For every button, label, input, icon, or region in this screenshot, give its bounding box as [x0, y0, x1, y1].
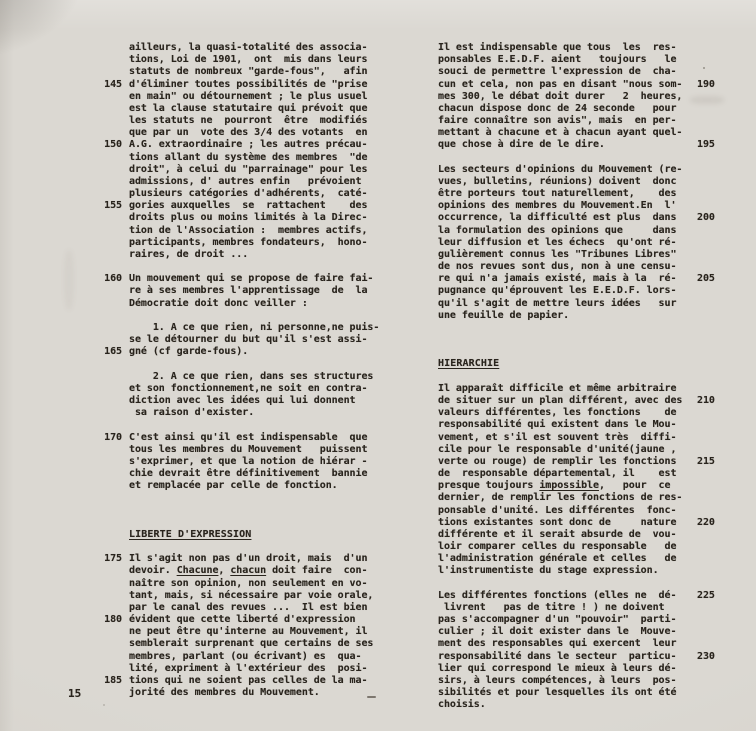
line-text: pugnance qu'éprouvent les E.E.D.F. lors- [438, 285, 676, 296]
line-text: mes 300, le débat doit durer 2 heures, [438, 91, 682, 102]
text-line: 230responsabilité dans le secteur partic… [438, 651, 740, 663]
text-line: ailleurs, la quasi-totalité des associa- [96, 42, 398, 54]
text-line: 165gné (cf garde-fous). [96, 346, 398, 358]
line-text: diction avec les idées qui lui donnent [129, 395, 356, 406]
text-line: 1. A ce que rien, ni personne,ne puis- [96, 322, 398, 334]
line-text: opinions des membres du Mouvement.En l' [438, 200, 676, 211]
line-text: différente et il serait absurde de vou- [438, 529, 676, 540]
text-line [96, 505, 398, 517]
line-text: plusieurs catégories d'adhérents, caté- [129, 188, 367, 199]
text-line: être porteurs tout naturellement, des [438, 188, 740, 200]
text-line [438, 322, 740, 334]
line-text: occurrence, la difficulté est plus dans [438, 212, 676, 223]
text-line: se le détourner du but qu'il s'est assi- [96, 334, 398, 346]
line-text: chacun dispose donc de 24 seconde pour [438, 103, 676, 114]
text-line: responsabilité qui existent dans le Mou- [438, 419, 740, 431]
text-line: tions, Loi de 1901, ont mis dans leurs [96, 54, 398, 66]
line-text: LIBERTE D'EXPRESSION [129, 529, 251, 540]
text-line: par le canal des revues ... Il est bien [96, 602, 398, 614]
text-line: re à ses membres l'apprentissage de la [96, 285, 398, 297]
text-line: de nos revues sont dus, non à une censu- [438, 261, 740, 273]
line-text: et son fonctionnement,ne soit en contra- [129, 383, 367, 394]
text-line: culier ; il doit exister dans le Mouve- [438, 626, 740, 638]
line-text: C'est ainsi qu'il est indispensable que [129, 432, 367, 443]
line-text: s'exprimer, et que la notion de hiérar - [129, 456, 367, 467]
line-text: cile pour le responsable d'unité(jaune , [438, 444, 676, 455]
text-line: valeurs différentes, les fonctions de [438, 407, 740, 419]
margin-line-number: 225 [697, 590, 737, 602]
text-line: 205re qui n'a jamais existé, mais à la r… [438, 273, 740, 285]
text-line [438, 346, 740, 358]
line-text: A.G. extraordinaire ; les autres précau- [129, 139, 367, 150]
right-text-column: Il est indispensable que tous les res-po… [438, 42, 740, 711]
text-line: admissions, d' autres enfin prévoient [96, 176, 398, 188]
line-text: tion de l'Association : membres actifs, [129, 225, 367, 236]
line-text: sa raison d'exister. [129, 407, 254, 418]
text-line [96, 358, 398, 370]
text-line: 210de situer sur un plan différent, avec… [438, 395, 740, 407]
line-text: leur diffusion et les échecs qu'ont ré- [438, 237, 676, 248]
margin-line-number: 230 [697, 651, 737, 663]
text-line: raires, de droit ... [96, 249, 398, 261]
line-text: vement, et s'il est souvent très diffi- [438, 432, 676, 443]
underlined-word: impossible [539, 480, 599, 491]
margin-line-number: 210 [697, 395, 737, 407]
line-text: naître son opinion, non seulement en vo- [129, 578, 367, 589]
text-line: ponsable d'unité. Les différentes fonc- [438, 505, 740, 517]
line-text: culier ; il doit exister dans le Mouve- [438, 626, 676, 637]
text-line: 155gories auxquelles se rattachent des [96, 200, 398, 212]
line-text: souci de permettre l'expression de cha- [438, 66, 676, 77]
line-text: ponsable d'unité. Les différentes fonc- [438, 505, 676, 516]
margin-line-number: 170 [96, 432, 122, 444]
line-text: valeurs différentes, les fonctions de [438, 407, 676, 418]
line-text: Il est indispensable que tous les res- [438, 42, 676, 53]
text-line: lité, expriment à l'extérieur des posi- [96, 663, 398, 675]
text-line: sibilités et pour lesquelles ils ont été [438, 687, 740, 699]
line-text: d'éliminer toutes possibilités de "prise [129, 79, 367, 90]
line-text: lité, expriment à l'extérieur des posi- [129, 663, 367, 674]
line-text: admissions, d' autres enfin prévoient [129, 176, 361, 187]
line-text: mettant à chacune et à chacun ayant quel… [438, 127, 682, 138]
line-text: Un mouvement qui se propose de faire fai… [129, 273, 373, 284]
text-line: Démocratie doit donc veiller : [96, 298, 398, 310]
text-line: tion de l'Association : membres actifs, [96, 225, 398, 237]
text-line: opinions des membres du Mouvement.En l' [438, 200, 740, 212]
page-number: 15 [68, 687, 81, 700]
text-line: tous les membres du Mouvement puissent [96, 444, 398, 456]
text-line: chie devrait être définitivement bannie [96, 468, 398, 480]
line-text: choisis. [438, 699, 486, 710]
underlined-word: chacun [230, 565, 266, 576]
line-text: gories auxquelles se rattachent des [129, 200, 367, 211]
text-line: devoir. Chacune, chacun doit faire con- [96, 565, 398, 577]
text-line: 175Il s'agit non pas d'un droit, mais d'… [96, 553, 398, 565]
scan-artifact-dash [367, 696, 376, 698]
line-text: tions qui ne soient pas celles de la ma- [129, 675, 367, 686]
line-text: jorité des membres du Mouvement. [129, 687, 320, 698]
text-line: ponsables E.E.D.F. aient toujours le [438, 54, 740, 66]
line-text: l'administration générale et celles de [438, 553, 676, 564]
margin-line-number: 175 [96, 553, 122, 565]
line-text: 1. A ce que rien, ni personne,ne puis- [129, 322, 379, 333]
line-text: semblerait surprenant que certains de se… [129, 638, 373, 649]
line-text: et remplacée par celle de fonction. [129, 480, 338, 491]
text-line: faire connaître son avis", mais en per- [438, 115, 740, 127]
text-line: une feuille de papier. [438, 310, 740, 322]
text-line [96, 541, 398, 553]
line-text: Démocratie doit donc veiller : [129, 298, 308, 309]
text-line: 215verte ou rouge) de remplir les foncti… [438, 456, 740, 468]
line-text: statuts de nombreux "garde-fous", afin [129, 66, 367, 77]
margin-line-number: 160 [96, 273, 122, 285]
margin-line-number: 215 [697, 456, 737, 468]
line-text: chie devrait être définitivement bannie [129, 468, 367, 479]
line-text: évident que cette liberté d'expression [129, 614, 356, 625]
text-line: loir comparer celles du responsable de [438, 541, 740, 553]
line-text: que par un vote des 3/4 des votants en [129, 127, 367, 138]
margin-line-number: 220 [697, 517, 737, 529]
margin-line-number: 145 [96, 79, 122, 91]
line-text: ponsables E.E.D.F. aient toujours le [438, 54, 676, 65]
line-text: Il apparaît difficile et même arbitraire [438, 383, 676, 394]
text-line: semblerait surprenant que certains de se… [96, 638, 398, 650]
text-line: sirs, à leurs compétences, à leurs pos- [438, 675, 740, 687]
text-line: 160Un mouvement qui se propose de faire … [96, 273, 398, 285]
text-line: et son fonctionnement,ne soit en contra- [96, 383, 398, 395]
line-text: participants, membres fondateurs, hono- [129, 237, 367, 248]
text-line: jorité des membres du Mouvement. [96, 687, 398, 699]
line-text: responsabilité qui existent dans le Mou- [438, 419, 676, 430]
text-line: droits plus ou moins limités à la Direc- [96, 212, 398, 224]
text-line [96, 492, 398, 504]
line-text: ailleurs, la quasi-totalité des associa- [129, 42, 367, 53]
line-text: la formulation des opinions que dans [438, 225, 676, 236]
text-line [438, 334, 740, 346]
line-text: presque toujours impossible, pour ce [438, 480, 670, 491]
text-line: pas s'accompagner d'un "pouvoir" parti- [438, 614, 740, 626]
text-line: en main" ou détournement ; le plus usuel [96, 91, 398, 103]
text-line: participants, membres fondateurs, hono- [96, 237, 398, 249]
line-text: Les différentes fonctions (elles ne dé- [438, 590, 676, 601]
line-text: est la clause statutaire qui prévoit que [129, 103, 367, 114]
text-line: sa raison d'exister. [96, 407, 398, 419]
text-line: que par un vote des 3/4 des votants en [96, 127, 398, 139]
line-text: pas s'accompagner d'un "pouvoir" parti- [438, 614, 676, 625]
text-line: 150A.G. extraordinaire ; les autres préc… [96, 139, 398, 151]
text-line [96, 419, 398, 431]
text-line: souci de permettre l'expression de cha- [438, 66, 740, 78]
text-line [438, 152, 740, 164]
scan-smudge [64, 250, 74, 310]
text-line: choisis. [438, 699, 740, 711]
text-line: mes 300, le débat doit durer 2 heures, [438, 91, 740, 103]
line-text: en main" ou détournement ; le plus usuel [129, 91, 367, 102]
text-line: Il apparaît difficile et même arbitraire [438, 383, 740, 395]
line-text: être porteurs tout naturellement, des [438, 188, 676, 199]
text-line: mettant à chacune et à chacun ayant quel… [438, 127, 740, 139]
text-line: droit", à celui du "parrainage" pour les [96, 164, 398, 176]
line-text: re à ses membres l'apprentissage de la [129, 285, 367, 296]
text-line: 170C'est ainsi qu'il est indispensable q… [96, 432, 398, 444]
underlined-word: Chacune [177, 565, 219, 576]
line-text: que chose à dire de le dire. [438, 139, 605, 150]
line-text: par le canal des revues ... Il est bien [129, 602, 367, 613]
text-line: les statuts ne pourront être modifiés [96, 115, 398, 127]
line-text: de nos revues sont dus, non à une censu- [438, 261, 676, 272]
text-line: plusieurs catégories d'adhérents, caté- [96, 188, 398, 200]
text-line [438, 578, 740, 590]
margin-line-number: 180 [96, 614, 122, 626]
text-line: lier qui correspond le mieux à leurs dé- [438, 663, 740, 675]
line-text: responsabilité dans le secteur particu- [438, 651, 676, 662]
text-line: qu'il s'agit de mettre leurs idées sur [438, 298, 740, 310]
text-line: l'instrumentiste du stage expression. [438, 565, 740, 577]
text-line: 145d'éliminer toutes possibilités de "pr… [96, 79, 398, 91]
line-text: sibilités et pour lesquelles ils ont été [438, 687, 676, 698]
line-text: verte ou rouge) de remplir les fonctions [438, 456, 676, 467]
line-text: de responsable départemental, il est [438, 468, 676, 479]
line-text: raires, de droit ... [129, 249, 248, 260]
line-text: 2. A ce que rien, dans ses structures [129, 371, 373, 382]
margin-line-number: 155 [96, 200, 122, 212]
text-line: naître son opinion, non seulement en vo- [96, 578, 398, 590]
line-text: HIERARCHIE [438, 358, 499, 369]
margin-line-number: 200 [697, 212, 737, 224]
line-text: sirs, à leurs compétences, à leurs pos- [438, 675, 676, 686]
line-text: Les secteurs d'opinions du Mouvement (re… [438, 164, 682, 175]
line-text: livrent pas de titre ! ) ne doivent [438, 602, 665, 613]
scanned-document-page: ailleurs, la quasi-totalité des associa-… [0, 0, 756, 731]
margin-line-number: 195 [697, 139, 737, 151]
text-line: Les secteurs d'opinions du Mouvement (re… [438, 164, 740, 176]
margin-line-number: 150 [96, 139, 122, 151]
text-line: différente et il serait absurde de vou- [438, 529, 740, 541]
text-line: 220tions existantes sont donc de nature [438, 517, 740, 529]
line-text: faire connaître son avis", mais en per- [438, 115, 676, 126]
section-heading: HIERARCHIE [438, 358, 740, 370]
text-line: s'exprimer, et que la notion de hiérar - [96, 456, 398, 468]
text-line: est la clause statutaire qui prévoit que [96, 103, 398, 115]
scan-speck [103, 704, 105, 706]
text-line: de responsable départemental, il est [438, 468, 740, 480]
line-text: une feuille de papier. [438, 310, 569, 321]
line-text: gné (cf garde-fous). [129, 346, 248, 357]
margin-line-number: 165 [96, 346, 122, 358]
line-text: gulièrement connus les "Tribunes Libres" [438, 249, 676, 260]
line-text: vues, bulletins, réunions) doivent donc [438, 176, 676, 187]
text-line: 2. A ce que rien, dans ses structures [96, 371, 398, 383]
text-line: 180évident que cette liberté d'expressio… [96, 614, 398, 626]
line-text: tions, Loi de 1901, ont mis dans leurs [129, 54, 367, 65]
text-line: cile pour le responsable d'unité(jaune , [438, 444, 740, 456]
text-line: livrent pas de titre ! ) ne doivent [438, 602, 740, 614]
text-line: diction avec les idées qui lui donnent [96, 395, 398, 407]
line-text: de situer sur un plan différent, avec de… [438, 395, 682, 406]
section-heading: LIBERTE D'EXPRESSION [96, 529, 398, 541]
text-line [96, 310, 398, 322]
text-line: 225Les différentes fonctions (elles ne d… [438, 590, 740, 602]
text-line [438, 371, 740, 383]
text-line: chacun dispose donc de 24 seconde pour [438, 103, 740, 115]
line-text: Il s'agit non pas d'un droit, mais d'un [129, 553, 367, 564]
line-text: droits plus ou moins limités à la Direc- [129, 212, 367, 223]
line-text: se le détourner du but qu'il s'est assi- [129, 334, 367, 345]
line-text: les statuts ne pourront être modifiés [129, 115, 367, 126]
text-line: gulièrement connus les "Tribunes Libres" [438, 249, 740, 261]
line-text: tions existantes sont donc de nature [438, 517, 676, 528]
line-text: membres, parlant (ou écrivant) es qua- [129, 651, 361, 662]
text-line: ne peut être qu'interne au Mouvement, il [96, 626, 398, 638]
line-text: tant, mais, si nécessaire par voie orale… [129, 590, 373, 601]
margin-line-number: 190 [697, 79, 737, 91]
line-text: tions allant du système des membres "de [129, 152, 367, 163]
text-line: statuts de nombreux "garde-fous", afin [96, 66, 398, 78]
line-text: devoir. Chacune, chacun doit faire con- [129, 565, 367, 576]
text-line: 190cun et cela, non pas en disant "nous … [438, 79, 740, 91]
text-line: la formulation des opinions que dans [438, 225, 740, 237]
text-line [96, 261, 398, 273]
text-line: tant, mais, si nécessaire par voie orale… [96, 590, 398, 602]
text-line: 200occurrence, la difficulté est plus da… [438, 212, 740, 224]
line-text: re qui n'a jamais existé, mais à la ré- [438, 273, 676, 284]
text-line: Il est indispensable que tous les res- [438, 42, 740, 54]
text-line: membres, parlant (ou écrivant) es qua- [96, 651, 398, 663]
margin-line-number: 185 [96, 675, 122, 687]
text-line: vement, et s'il est souvent très diffi- [438, 432, 740, 444]
text-line: pugnance qu'éprouvent les E.E.D.F. lors- [438, 285, 740, 297]
text-line: 195que chose à dire de le dire. [438, 139, 740, 151]
text-line: dernier, de remplir les fonctions de res… [438, 492, 740, 504]
line-text: loir comparer celles du responsable de [438, 541, 676, 552]
line-text: lier qui correspond le mieux à leurs dé- [438, 663, 676, 674]
text-line: presque toujours impossible, pour ce [438, 480, 740, 492]
line-text: ment des responsables qui exercent leur [438, 638, 676, 649]
text-line: tions allant du système des membres "de [96, 152, 398, 164]
line-text: dernier, de remplir les fonctions de res… [438, 492, 682, 503]
text-line: et remplacée par celle de fonction. [96, 480, 398, 492]
text-line: ment des responsables qui exercent leur [438, 638, 740, 650]
line-text: cun et cela, non pas en disant "nous som… [438, 79, 682, 90]
line-text: tous les membres du Mouvement puissent [129, 444, 367, 455]
line-text: l'instrumentiste du stage expression. [438, 565, 659, 576]
line-text: ne peut être qu'interne au Mouvement, il [129, 626, 367, 637]
text-line: l'administration générale et celles de [438, 553, 740, 565]
margin-line-number: 205 [697, 273, 737, 285]
left-text-column: ailleurs, la quasi-totalité des associa-… [96, 42, 398, 699]
text-line: vues, bulletins, réunions) doivent donc [438, 176, 740, 188]
line-text: droit", à celui du "parrainage" pour les [129, 164, 367, 175]
line-text: qu'il s'agit de mettre leurs idées sur [438, 298, 676, 309]
text-line: leur diffusion et les échecs qu'ont ré- [438, 237, 740, 249]
text-line: 185tions qui ne soient pas celles de la … [96, 675, 398, 687]
text-line [96, 517, 398, 529]
